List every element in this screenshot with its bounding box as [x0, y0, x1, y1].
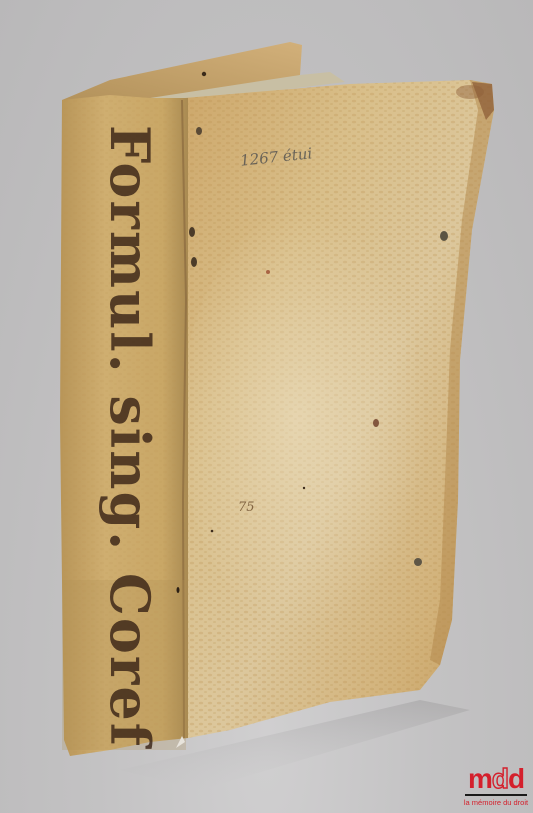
logo-letter-d-outline: d: [492, 763, 508, 794]
logo-tagline: la mémoire du droit: [463, 798, 529, 807]
vellum-book-illustration: [0, 0, 533, 813]
cover-ink-mark: 75: [238, 500, 255, 515]
mdd-watermark: mdd la mémoire du droit: [463, 765, 529, 807]
book-photo: Formul. sing. Coref 1267 étui 75 mdd la …: [0, 0, 533, 813]
mdd-logo: mdd: [463, 765, 529, 793]
logo-letter-d: d: [508, 763, 524, 794]
logo-letter-m: m: [468, 763, 492, 794]
logo-divider: [465, 794, 527, 796]
spine-inscription: Formul. sing. Coref: [95, 125, 165, 745]
